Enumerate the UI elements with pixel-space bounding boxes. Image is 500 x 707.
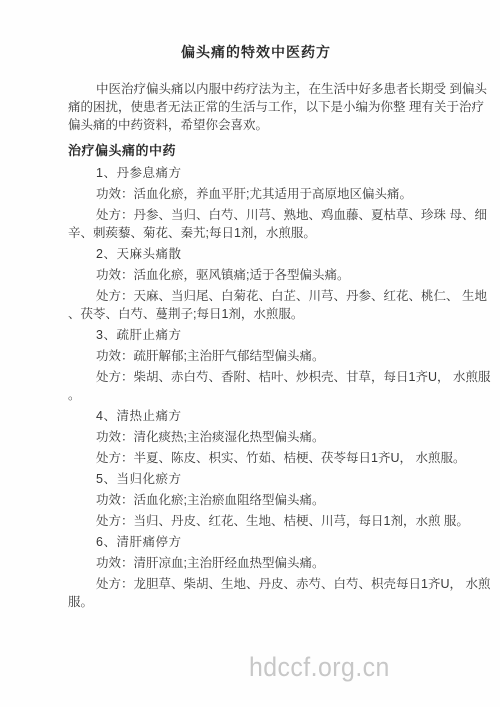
section-effect: 功效：活血化瘀，养血平肝;尤其适用于高原地区偏头痛。 [68,185,444,203]
prescription-section-6: 6、清肝痛停方 功效：清肝凉血;主治肝经血热型偏头痛。 处方：龙胆草、柴胡、生地… [68,533,444,611]
section-prescription-line: 服。 [68,593,444,611]
prescription-section-1: 1、丹参息痛方 功效：活血化瘀，养血平肝;尤其适用于高原地区偏头痛。 处方：丹参… [68,164,444,242]
intro-paragraph: 中医治疗偏头痛以内服中药疗法为主，在生活中好多患者长期受 到偏头 痛的困扰，使患… [68,80,444,134]
section-effect: 功效：活血化瘀，驱风镇痛;适于各型偏头痛。 [68,266,444,284]
section-number-title: 2、天麻头痛散 [68,245,444,263]
section-effect: 功效：清化痰热;主治痰湿化热型偏头痛。 [68,428,444,446]
section-prescription-line: 处方：丹参、当归、白芍、川芎、熟地、鸡血藤、夏枯草、珍珠 母、细 [68,206,444,224]
section-prescription-line: 、茯苓、白芍、蔓荆子;每日1剂，水煎服。 [68,305,444,323]
watermark: hdccf.org.cn [249,651,390,683]
intro-line: 中医治疗偏头痛以内服中药疗法为主，在生活中好多患者长期受 到偏头 [68,80,444,98]
section-number-title: 4、清热止痛方 [68,407,444,425]
section-effect: 功效：活血化瘀;主治瘀血阻络型偏头痛。 [68,491,444,509]
prescription-section-5: 5、当归化瘀方 功效：活血化瘀;主治瘀血阻络型偏头痛。 处方：当归、丹皮、红花、… [68,470,444,530]
section-prescription-line: 处方：龙胆草、柴胡、生地、丹皮、赤芍、白芍、枳壳每日1齐U， 水煎 [68,575,444,593]
section-number-title: 5、当归化瘀方 [68,470,444,488]
section-number-title: 6、清肝痛停方 [68,533,444,551]
prescription-section-2: 2、天麻头痛散 功效：活血化瘀，驱风镇痛;适于各型偏头痛。 处方：天麻、当归尾、… [68,245,444,323]
document-title: 偏头痛的特效中医药方 [68,44,444,61]
prescription-section-4: 4、清热止痛方 功效：清化痰热;主治痰湿化热型偏头痛。 处方：半夏、陈皮、枳实、… [68,407,444,467]
section-effect: 功效：清肝凉血;主治肝经血热型偏头痛。 [68,554,444,572]
section-effect: 功效：疏肝解郁;主治肝气郁结型偏头痛。 [68,347,444,365]
section-heading: 治疗偏头痛的中药 [68,142,444,160]
section-number-title: 3、疏肝止痛方 [68,326,444,344]
intro-line: 痛的困扰，使患者无法正常的生活与工作，以下是小编为你整 理有关于治疗 [68,98,444,116]
section-prescription-line: 辛、刺蒺藜、菊花、秦艽;每日1剂，水煎服。 [68,224,444,242]
section-prescription-line: 处方：柴胡、赤白芍、香附、桔叶、炒枳壳、甘草，每日1齐U， 水煎服 [68,368,444,386]
section-prescription-line: 。 [68,386,444,404]
section-prescription-line: 处方：半夏、陈皮、枳实、竹茹、桔梗、茯苓每日1齐U， 水煎服。 [68,449,444,467]
document-page: 偏头痛的特效中医药方 中医治疗偏头痛以内服中药疗法为主，在生活中好多患者长期受 … [0,0,500,611]
section-prescription-line: 处方：天麻、当归尾、白菊花、白芷、川芎、丹参、红花、桃仁、 生地 [68,287,444,305]
intro-line: 偏头痛的中药资料，希望你会喜欢。 [68,116,444,134]
section-prescription-line: 处方：当归、丹皮、红花、生地、桔梗、川芎，每日1剂，水煎 服。 [68,512,444,530]
section-number-title: 1、丹参息痛方 [68,164,444,182]
prescription-section-3: 3、疏肝止痛方 功效：疏肝解郁;主治肝气郁结型偏头痛。 处方：柴胡、赤白芍、香附… [68,326,444,404]
